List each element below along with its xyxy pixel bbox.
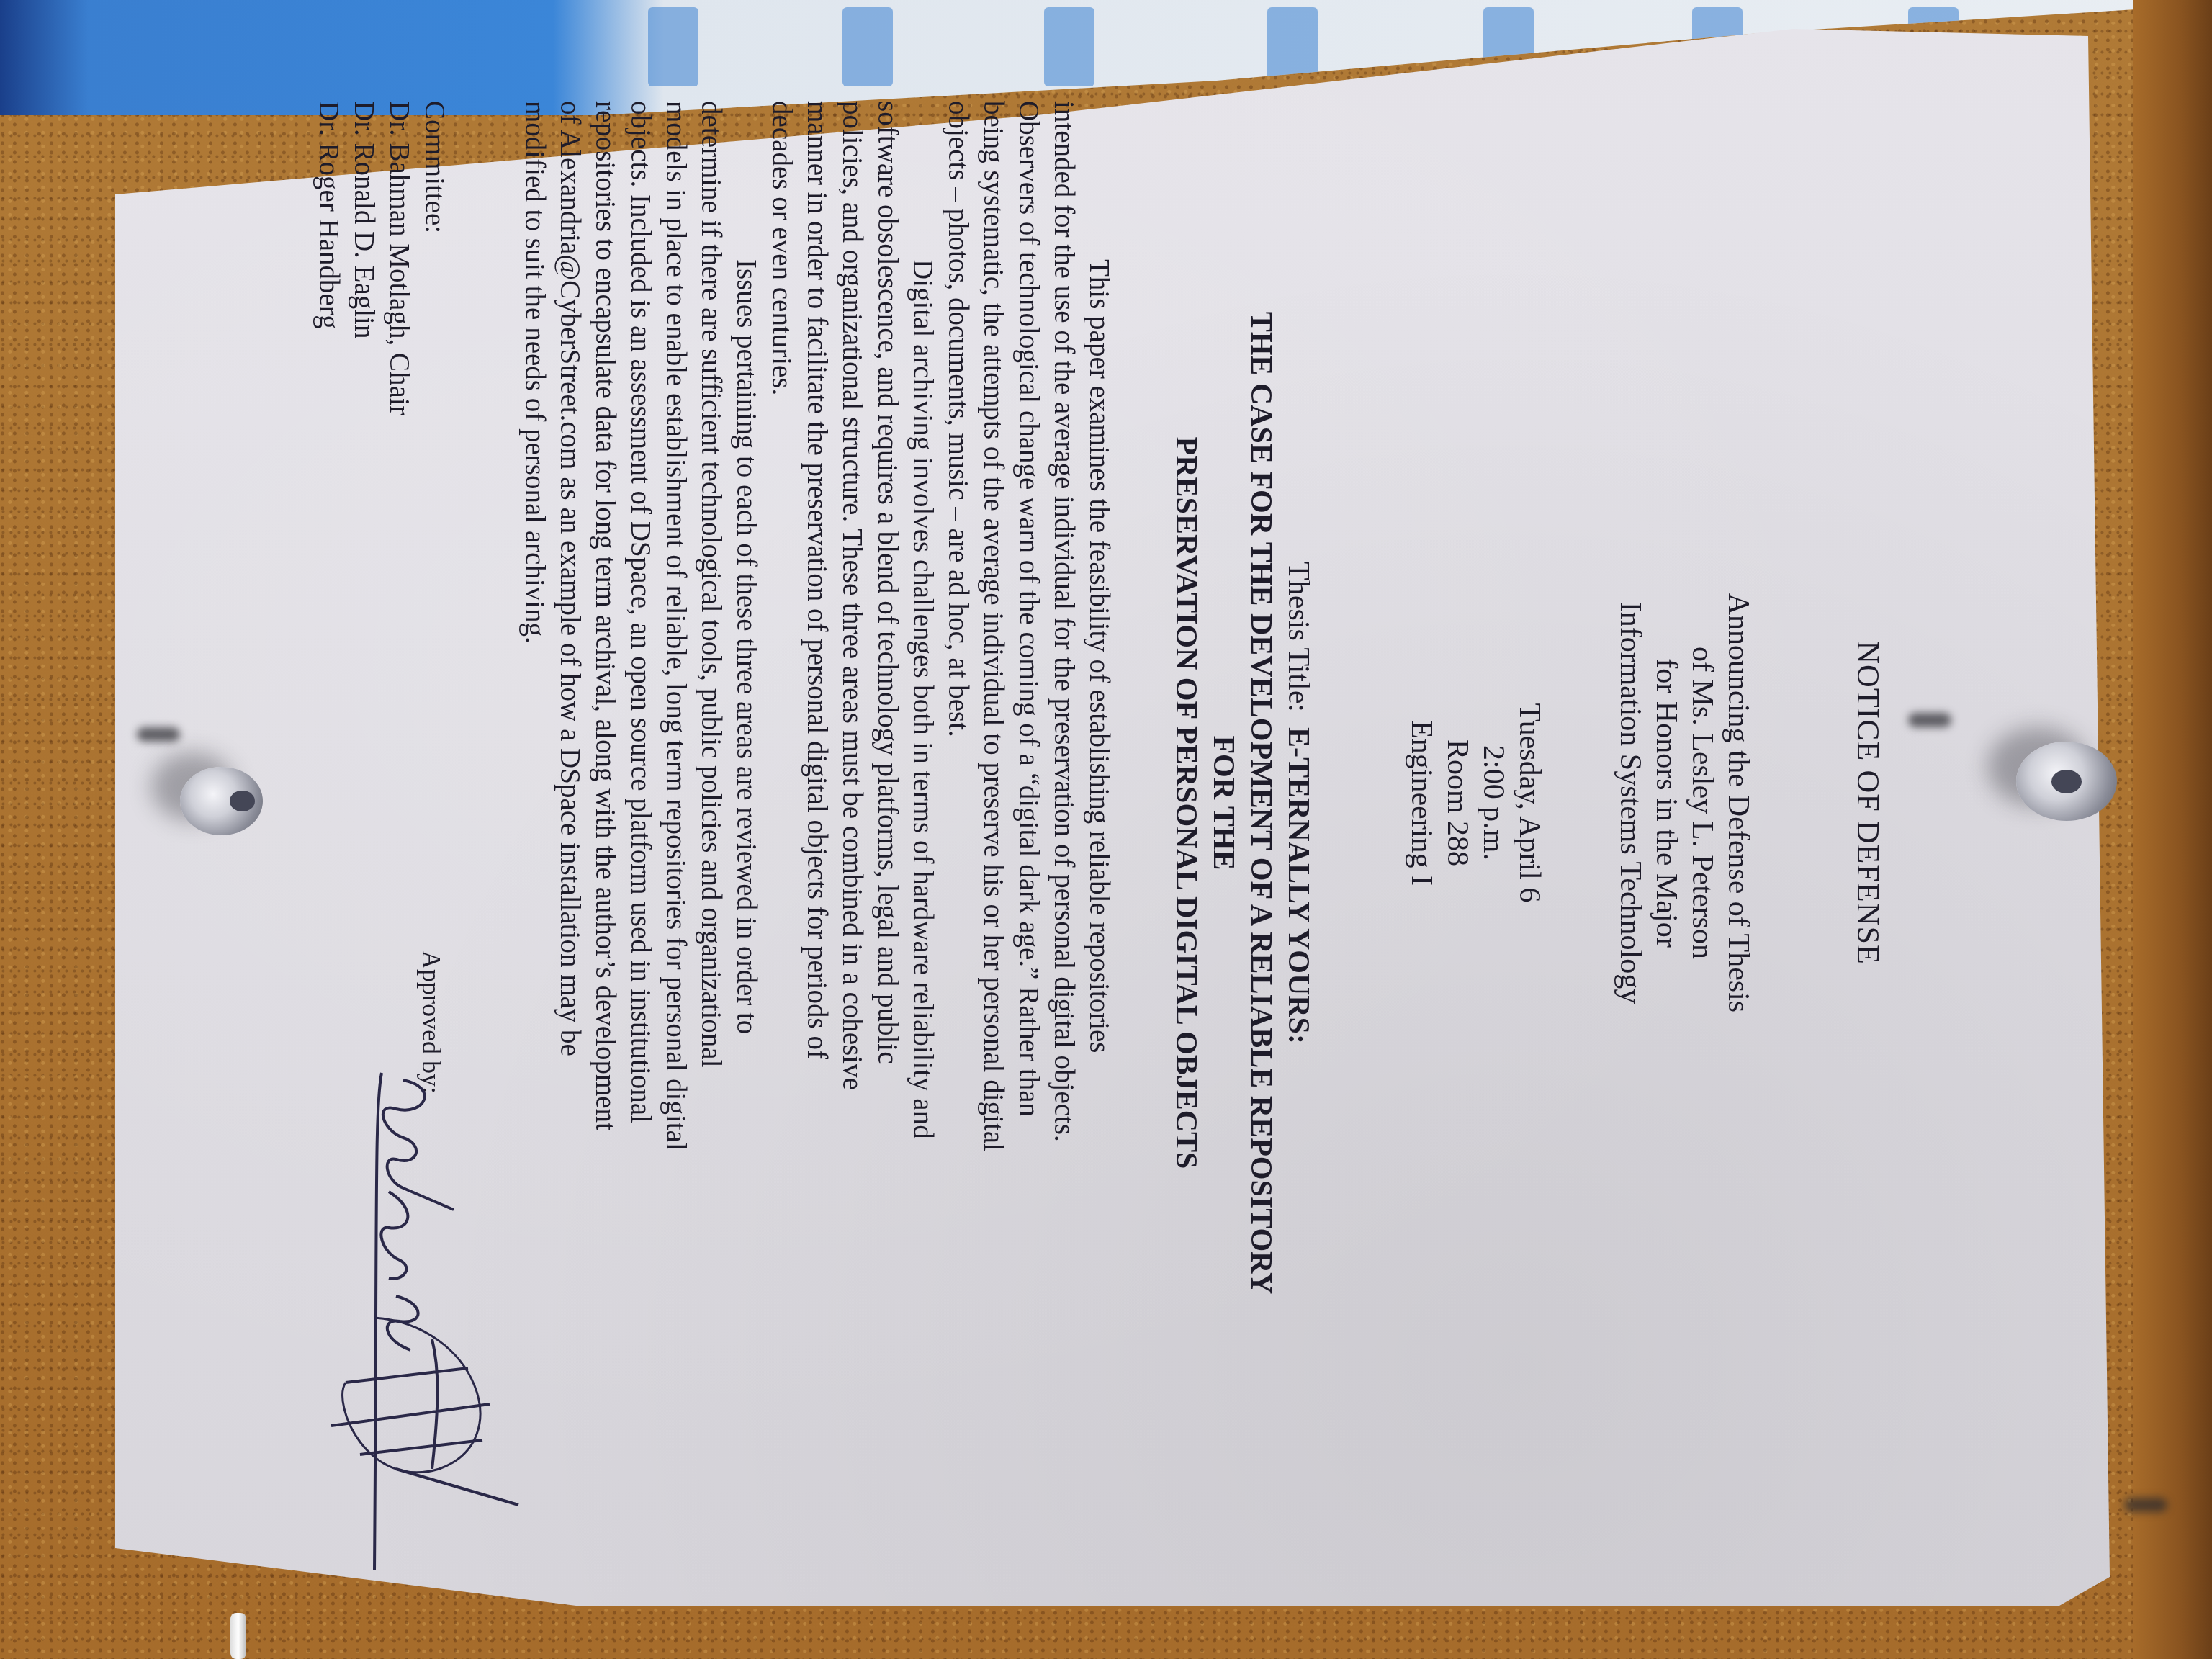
corkboard-frame [2133,0,2212,1659]
announcement-line: of Ms. Lesley L. Peterson [1684,101,1720,1505]
committee-member: Dr. Ronald D. Eaglin [346,101,382,1152]
announcement: Announcing the Defense of Thesis of Ms. … [1612,101,1756,1505]
event-details: Tuesday, April 6 2:00 p.m. Room 288 Engi… [1403,101,1547,1505]
announcement-line: Announcing the Defense of Thesis [1720,101,1756,1505]
event-time: 2:00 p.m. [1475,101,1511,1505]
announcement-line: Information Systems Technology [1612,101,1648,1505]
corkboard-photo: NOTICE OF DEFENSE Announcing the Defense… [0,0,2212,1659]
abstract-paragraph: This paper examines the feasibility of e… [940,101,1117,1152]
thesis-label: Thesis Title: [1282,562,1315,712]
thesis-title-line: THE CASE FOR THE DEVELOPMENT OF A RELIAB… [1242,101,1280,1505]
signature [331,1066,547,1584]
thesis-title-line: PRESERVATION OF PERSONAL DIGITAL OBJECTS [1167,101,1205,1505]
abstract-paragraph: Issues pertaining to each of these three… [517,101,764,1152]
thesis-title-line: E-TERNALLY YOURS: [1282,727,1315,1044]
thesis-title-line: FOR THE [1205,101,1242,1505]
pushpin-bottom [230,1613,246,1659]
thesis-title-block: Thesis Title: E-TERNALLY YOURS: THE CASE… [1167,101,1317,1505]
announcement-line: for Honors in the Major [1648,101,1684,1505]
event-room: Room 288 [1439,101,1475,1505]
pushpin-top-right [2016,742,2117,821]
event-date: Tuesday, April 6 [1511,101,1547,1505]
pushpin-left [180,767,263,835]
committee-member: Dr. Roger Handberg [311,101,346,1152]
abstract-paragraph: Digital archiving involves challenges bo… [764,101,940,1152]
notice-document: NOTICE OF DEFENSE Announcing the Defense… [166,101,1894,1505]
event-building: Engineering I [1403,101,1439,1505]
committee-member: Dr. Bahman Motlagh, Chair [382,101,417,1152]
notice-heading: NOTICE OF DEFENSE [1850,101,1894,1505]
